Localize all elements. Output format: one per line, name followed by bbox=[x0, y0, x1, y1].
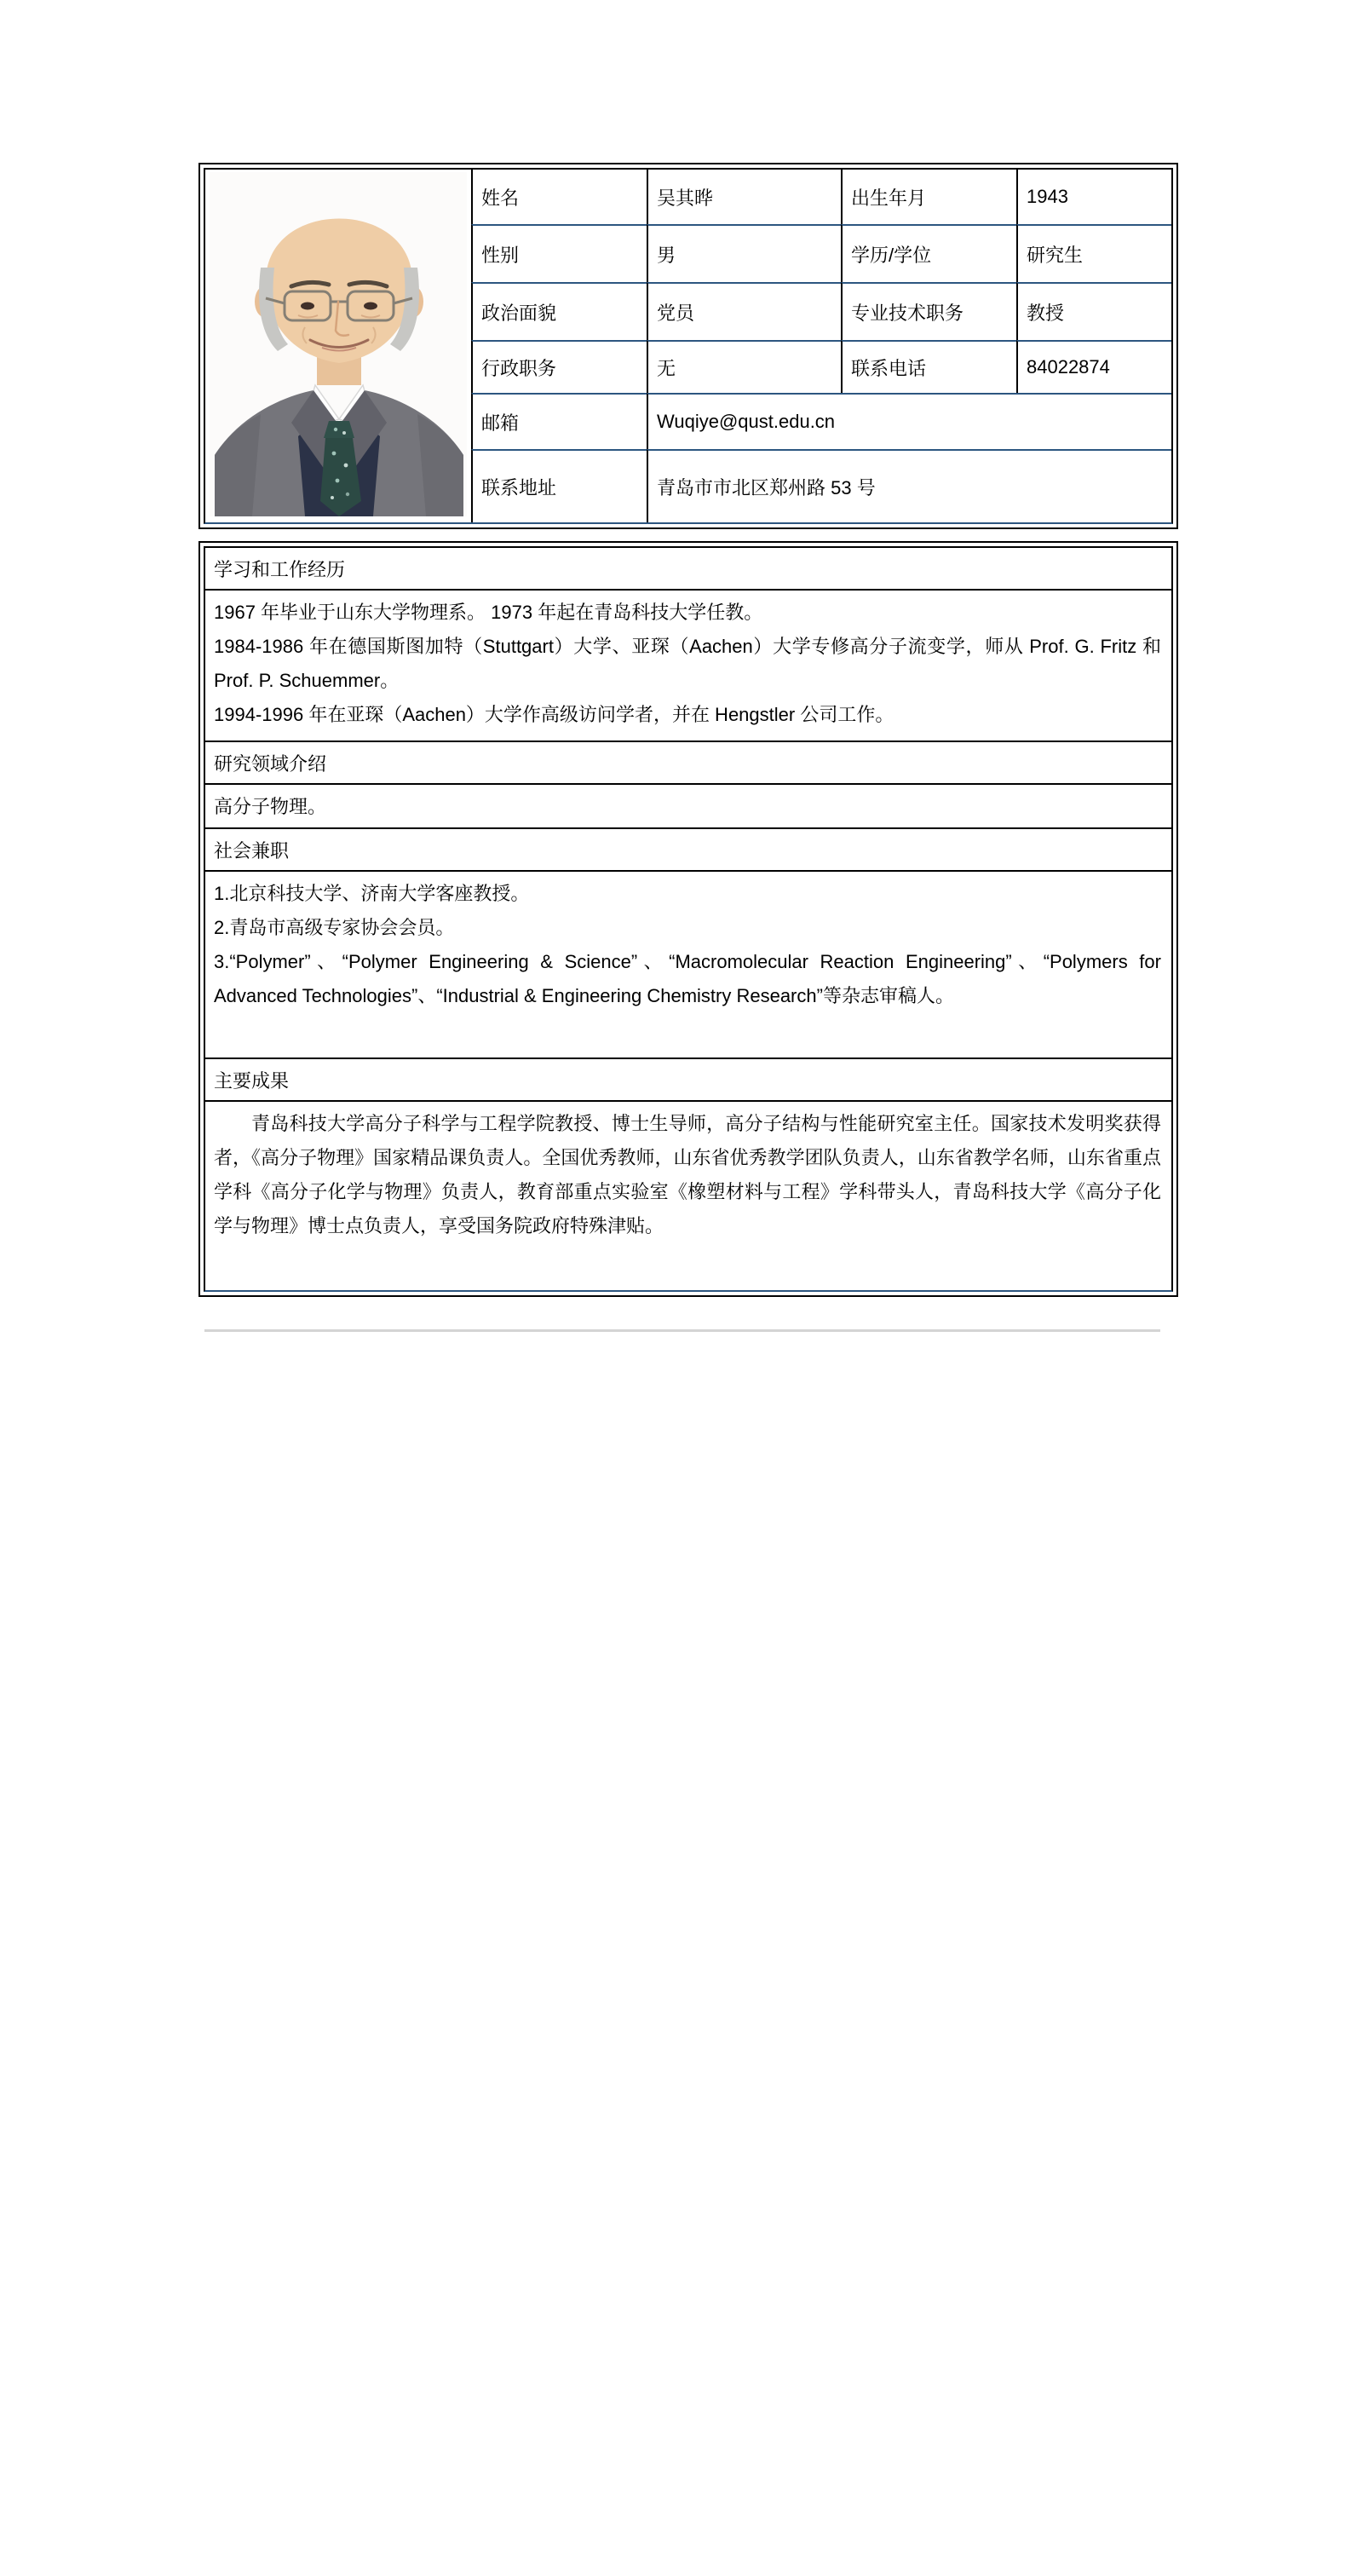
profile-table-grid: 姓名 吴其晔 出生年月 1943 性别 男 学历/学位 研究生 政治面貌 党员 … bbox=[204, 168, 1173, 524]
section-title-social: 社会兼职 bbox=[205, 827, 1171, 870]
experience-paragraph: 1994-1996 年在亚琛（Aachen）大学作高级访问学者，并在 Hengs… bbox=[214, 698, 1161, 732]
field-label-political: 政治面貌 bbox=[471, 282, 647, 340]
details-table: 学习和工作经历 1967 年毕业于山东大学物理系。 1973 年起在青岛科技大学… bbox=[198, 541, 1178, 1297]
section-title-research: 研究领域介绍 bbox=[205, 741, 1171, 783]
field-label-address: 联系地址 bbox=[471, 449, 647, 522]
experience-paragraph: 1967 年毕业于山东大学物理系。 1973 年起在青岛科技大学任教。 bbox=[214, 596, 1161, 630]
horizontal-divider bbox=[204, 1329, 1160, 1332]
field-value-name: 吴其晔 bbox=[647, 170, 841, 224]
social-paragraph: 3.“Polymer”、“Polymer Engineering & Scien… bbox=[214, 945, 1161, 1013]
experience-paragraph: 1984-1986 年在德国斯图加特（Stuttgart）大学、亚琛（Aache… bbox=[214, 630, 1161, 698]
field-label-phone: 联系电话 bbox=[841, 340, 1016, 393]
profile-photo-cell bbox=[205, 170, 471, 522]
field-value-email: Wuqiye@qust.edu.cn bbox=[647, 393, 1171, 449]
field-value-birth: 1943 bbox=[1016, 170, 1171, 224]
profile-photo bbox=[210, 172, 467, 516]
details-table-inner: 学习和工作经历 1967 年毕业于山东大学物理系。 1973 年起在青岛科技大学… bbox=[204, 546, 1173, 1292]
document-page: 姓名 吴其晔 出生年月 1943 性别 男 学历/学位 研究生 政治面貌 党员 … bbox=[0, 0, 1346, 2576]
field-value-address: 青岛市市北区郑州路 53 号 bbox=[647, 449, 1171, 522]
field-label-gender: 性别 bbox=[471, 224, 647, 282]
section-title-experience: 学习和工作经历 bbox=[205, 548, 1171, 589]
section-body-social: 1.北京科技大学、济南大学客座教授。 2.青岛市高级专家协会会员。 3.“Pol… bbox=[205, 870, 1171, 1057]
research-paragraph: 高分子物理。 bbox=[214, 790, 1161, 824]
social-paragraph: 1.北京科技大学、济南大学客座教授。 bbox=[214, 877, 1161, 911]
field-label-title: 专业技术职务 bbox=[841, 282, 1016, 340]
section-body-experience: 1967 年毕业于山东大学物理系。 1973 年起在青岛科技大学任教。 1984… bbox=[205, 589, 1171, 741]
field-label-birth: 出生年月 bbox=[841, 170, 1016, 224]
field-value-phone: 84022874 bbox=[1016, 340, 1171, 393]
social-paragraph: 2.青岛市高级专家协会会员。 bbox=[214, 911, 1161, 945]
field-value-gender: 男 bbox=[647, 224, 841, 282]
field-label-degree: 学历/学位 bbox=[841, 224, 1016, 282]
achievements-paragraph: 青岛科技大学高分子科学与工程学院教授、博士生导师，高分子结构与性能研究室主任。国… bbox=[214, 1107, 1161, 1243]
field-label-email: 邮箱 bbox=[471, 393, 647, 449]
field-value-political: 党员 bbox=[647, 282, 841, 340]
field-value-admin: 无 bbox=[647, 340, 841, 393]
section-title-achievements: 主要成果 bbox=[205, 1057, 1171, 1100]
section-body-achievements: 青岛科技大学高分子科学与工程学院教授、博士生导师，高分子结构与性能研究室主任。国… bbox=[205, 1100, 1171, 1290]
field-label-name: 姓名 bbox=[471, 170, 647, 224]
field-value-degree: 研究生 bbox=[1016, 224, 1171, 282]
field-value-title: 教授 bbox=[1016, 282, 1171, 340]
section-body-research: 高分子物理。 bbox=[205, 783, 1171, 827]
field-label-admin: 行政职务 bbox=[471, 340, 647, 393]
profile-table: 姓名 吴其晔 出生年月 1943 性别 男 学历/学位 研究生 政治面貌 党员 … bbox=[198, 163, 1178, 529]
